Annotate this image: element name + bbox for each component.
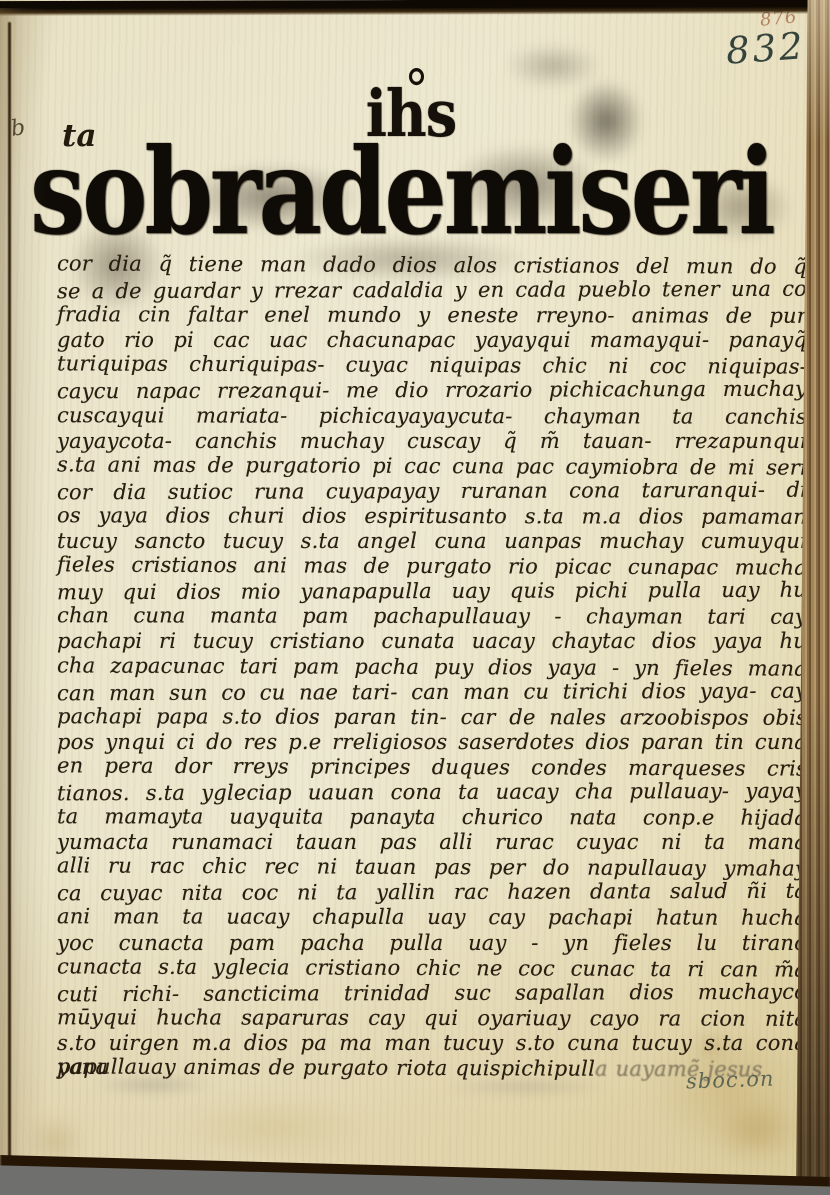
text-line: tianos. s.ta ygleciap uauan cona ta uaca…	[57, 779, 807, 807]
faded-bottom-note: sboc.on	[686, 1066, 775, 1093]
text-line: mūyqui hucha saparuras cay qui oyariuay …	[57, 1005, 807, 1032]
text-line: gato rio pi cac uac chacunapac yayayqui …	[57, 328, 807, 353]
manuscript-photo: 876 832 b ta ihs sobrademiseri cor dia q…	[0, 0, 830, 1195]
text-line: s.ta ani mas de purgatorio pi cac cuna p…	[57, 452, 807, 480]
folio-number: 832	[725, 24, 807, 72]
text-line: fradia cin faltar enel mundo y eneste rr…	[57, 302, 807, 329]
text-line: can man sun co cu nae tari- can man cu t…	[57, 678, 807, 706]
text-line: s.to uirgen m.a dios pa ma man tucuy s.t…	[57, 1031, 807, 1056]
gutter-line	[8, 22, 11, 1164]
text-line: yoc cunacta pam pacha pulla uay - yn fie…	[57, 931, 807, 956]
book-top-edge	[0, 0, 830, 16]
text-line: muy qui dios mio yanapapulla uay quis pi…	[57, 578, 807, 606]
text-line: cuti richi- sancticima trinidad suc sapa…	[57, 979, 807, 1007]
text-line: tucuy sancto tucuy s.ta angel cuna uanpa…	[57, 529, 807, 554]
text-line-last-main: papullauay animas de purgato riota quisp…	[57, 1054, 595, 1080]
text-line: pachapi papa s.to dios paran tin- car de…	[57, 704, 807, 731]
text-line: ani man ta uacay chapulla uay cay pachap…	[57, 905, 807, 932]
page-title: sobrademiseri	[30, 122, 830, 261]
text-line: cunacta s.ta yglecia cristiano chic ne c…	[57, 954, 807, 982]
text-line: os yaya dios churi dios espiritusanto s.…	[57, 503, 807, 530]
text-line: en pera dor rreys principes duques conde…	[57, 753, 807, 781]
text-line: alli ru rac chic rec ni tauan pas per do…	[57, 854, 807, 882]
abbreviation-ring-mark	[409, 68, 424, 85]
text-line: caycu napac rrezanqui- me dio rrozario p…	[57, 377, 807, 405]
text-line: pachapi ri tucuy cristiano cunata uacay …	[57, 629, 807, 654]
text-line: pos ynqui ci do res p.e rreligiosos sase…	[57, 730, 807, 755]
text-line: ca cuyac nita coc ni ta yallin rac hazen…	[57, 879, 807, 907]
text-line: turiquipas churiquipas- cuyac niquipas c…	[57, 352, 807, 380]
text-line: cor dia q̃ tiene man dado dios alos cris…	[57, 251, 807, 279]
text-line: chan cuna manta pam pachapullauay - chay…	[57, 604, 807, 631]
text-line: cor dia sutioc runa cuyapayay ruranan co…	[57, 478, 807, 506]
text-line: ta mamayta uayquita panayta churico nata…	[57, 804, 807, 831]
manuscript-body: cor dia q̃ tiene man dado dios alos cris…	[57, 253, 807, 1081]
text-line: fieles cristianos ani mas de purgato rio…	[57, 552, 807, 580]
text-line: se a de guardar y rrezar cadaldia y en c…	[57, 277, 807, 305]
text-line: cha zapacunac tari pam pacha puy dios ya…	[57, 653, 807, 681]
text-line: yumacta runamaci tauan pas alli rurac cu…	[57, 830, 807, 855]
text-line: cuscayqui mariata- pichicayayaycuta- cha…	[57, 403, 807, 430]
text-line: yayaycota- canchis muchay cuscay q̃ m̃ t…	[57, 429, 807, 454]
